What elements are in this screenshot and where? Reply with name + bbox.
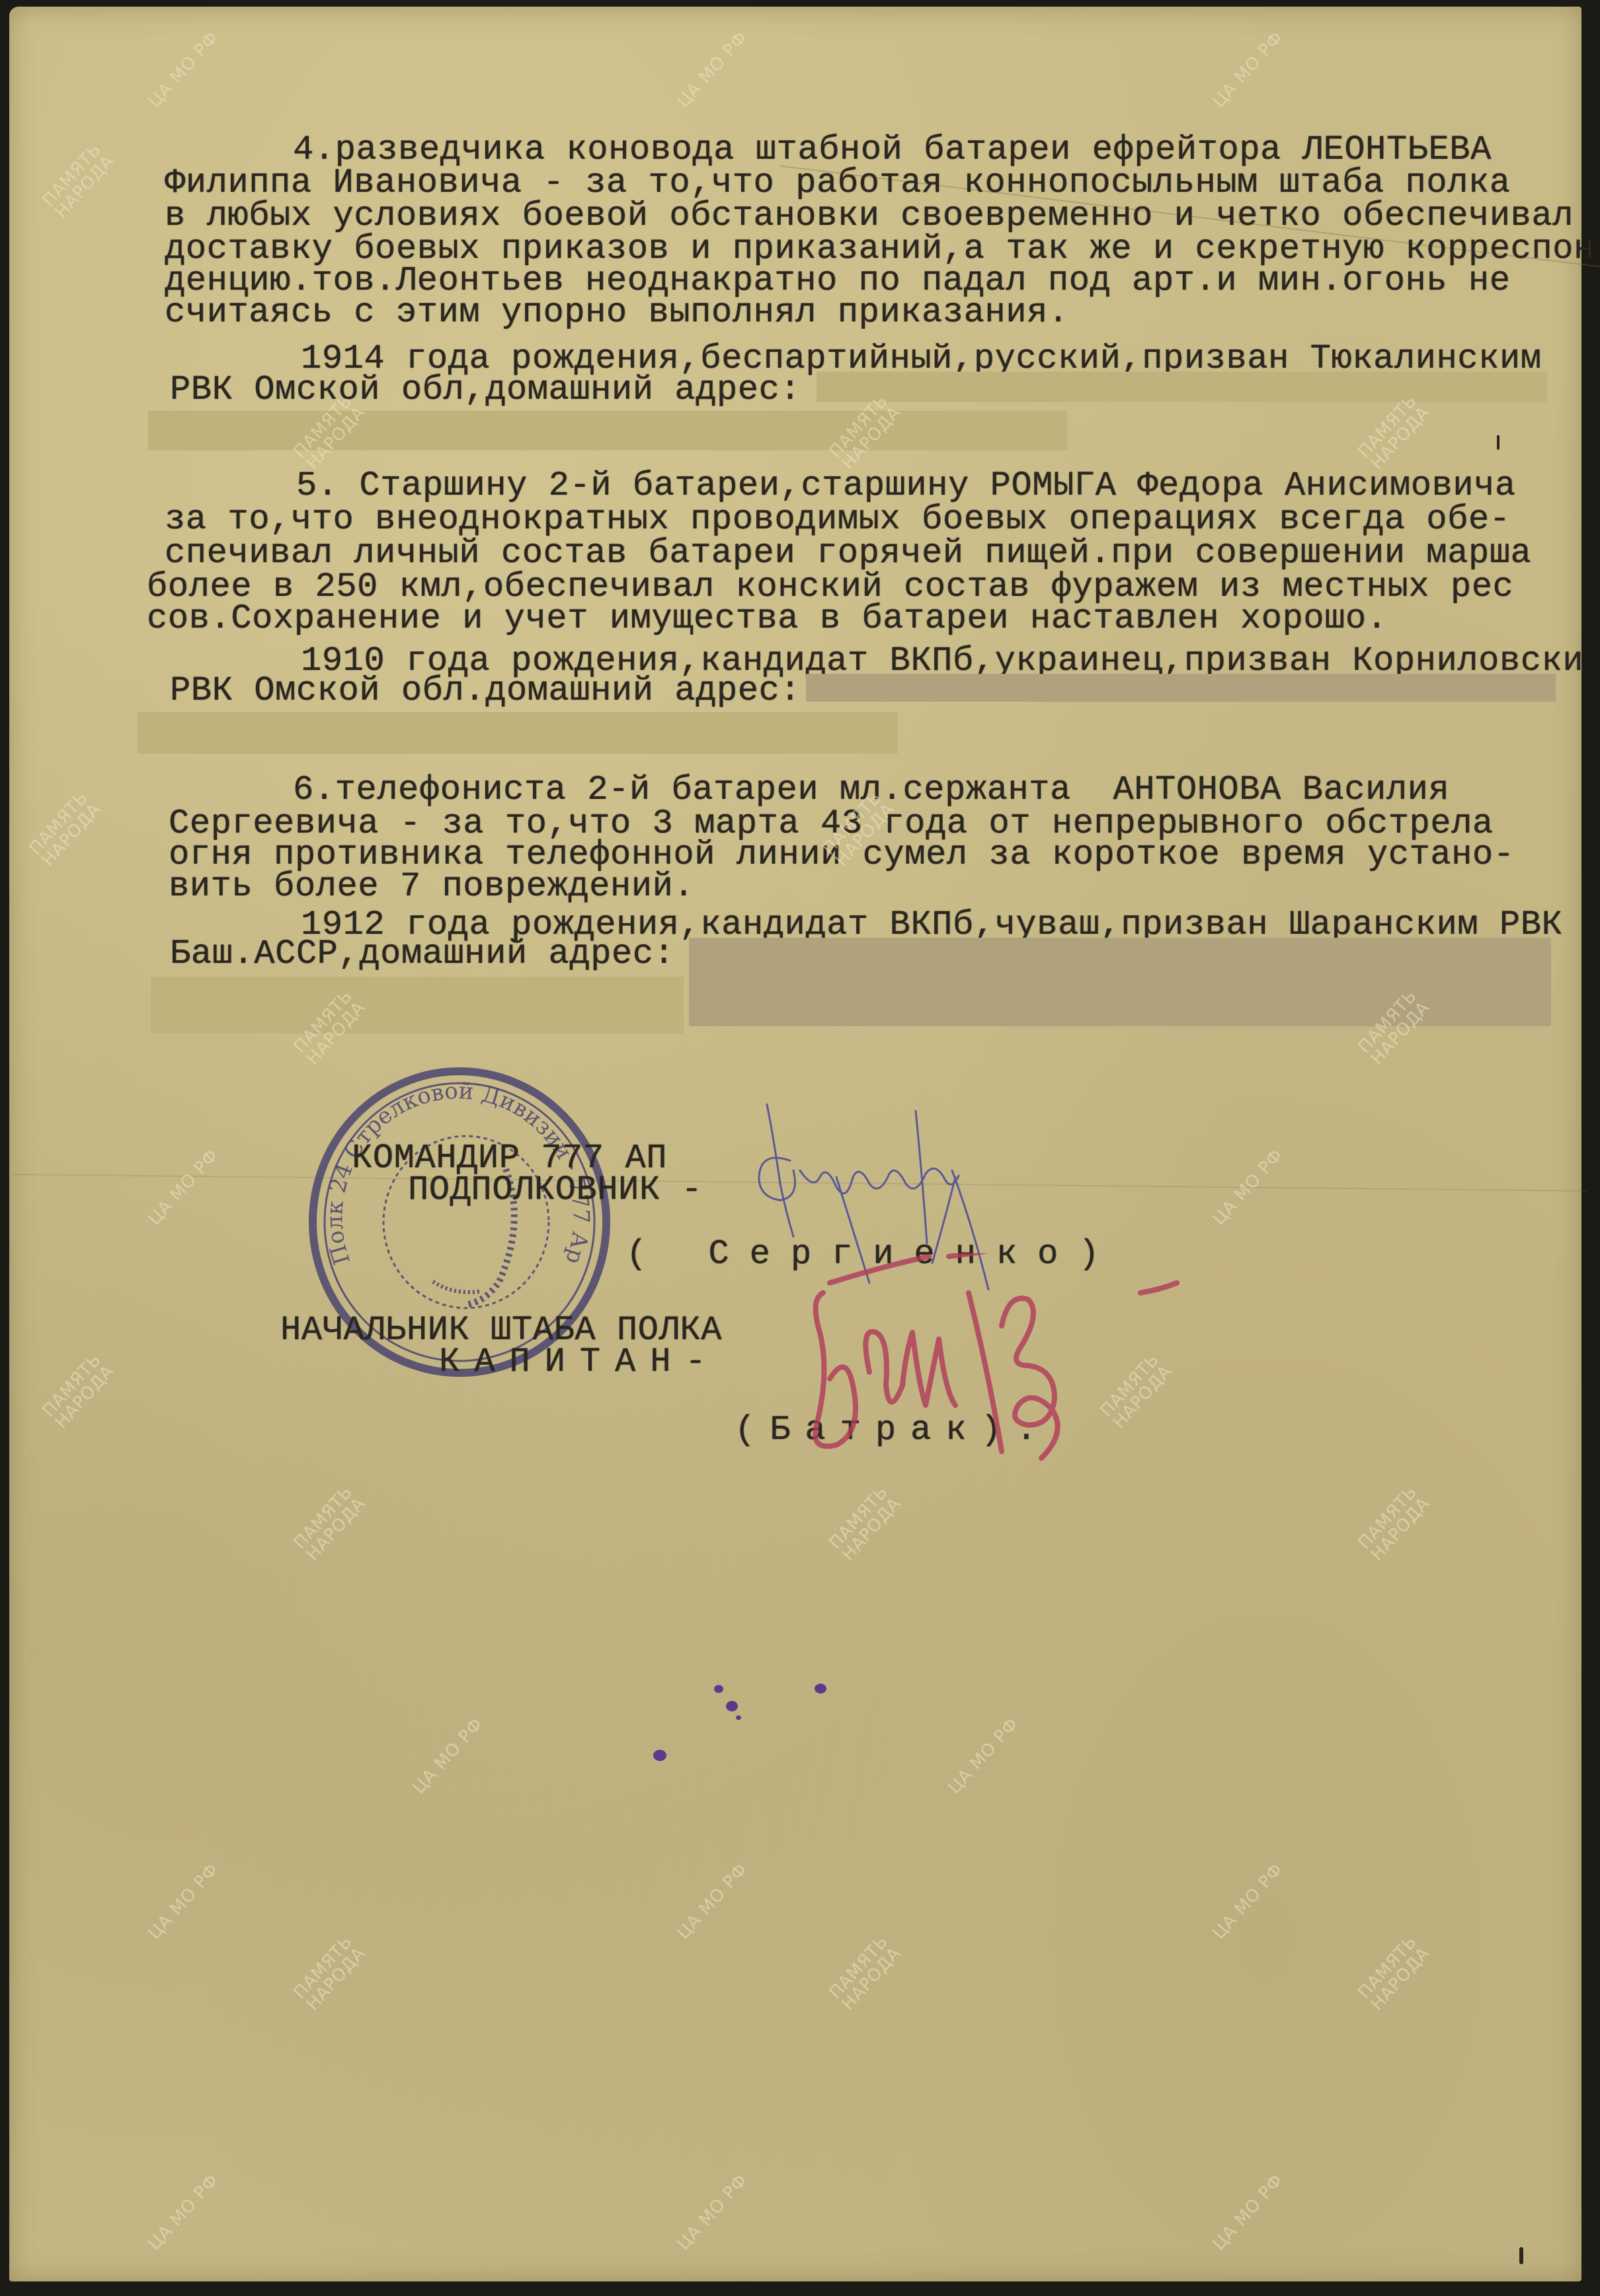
para5-address-line: РВК Омской обл.домашний адрес: <box>170 674 801 708</box>
redacted-address <box>138 712 898 754</box>
para4-line-6: считаясь с этим упорно выполнял приказан… <box>165 296 1069 330</box>
ink-spot <box>736 1715 741 1720</box>
para4-line-1: 4.разведчика коновода штабной батареи еф… <box>293 133 1492 167</box>
redacted-address <box>151 977 684 1034</box>
redacted-address <box>806 674 1556 702</box>
paper-tear <box>1497 435 1500 450</box>
redacted-address <box>148 411 1067 450</box>
para4-line-2: Филиппа Ивановича - за то,что работая ко… <box>165 166 1511 200</box>
ink-spot <box>653 1750 666 1761</box>
para4-line-3: в любых условиях боевой обстановки своев… <box>165 199 1574 233</box>
para5-line-2: за то,что внеоднократных проводимых боев… <box>165 503 1511 537</box>
redacted-address <box>817 372 1547 402</box>
ink-spot <box>726 1701 738 1711</box>
para5-line-1: 5. Старшину 2-й батареи,старшину РОМЫГА … <box>296 469 1516 503</box>
commander-rank: ПОДПОЛКОВНИК - <box>408 1173 702 1208</box>
para5-line-5: сов.Сохранение и учет имущества в батаре… <box>147 602 1388 636</box>
paper-tear <box>1519 2247 1523 2264</box>
para6-line-4: вить более 7 повреждений. <box>169 870 694 904</box>
ink-spot <box>815 1684 826 1694</box>
ink-spot <box>714 1685 723 1693</box>
para5-line-3: спечивал личный состав батареи горячей п… <box>165 536 1531 571</box>
chief-of-staff-rank: КАПИТАН- <box>439 1345 721 1379</box>
para4-address-line: РВК Омской обл,домашний адрес: <box>170 373 801 407</box>
para6-address-line: Баш.АССР,домашний адрес: <box>170 937 674 971</box>
chief-of-staff-signature <box>790 1253 1200 1465</box>
